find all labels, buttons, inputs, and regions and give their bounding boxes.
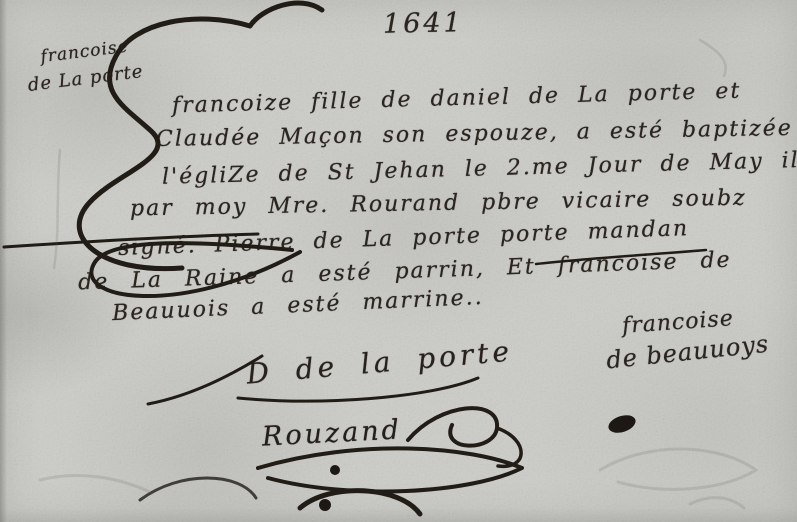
ink-blot bbox=[330, 465, 340, 475]
body-line-1: francoize fille de daniel de La porte et bbox=[172, 79, 742, 119]
bottom-cut-flourish bbox=[300, 491, 420, 514]
ink-blot bbox=[606, 412, 638, 436]
bleedthrough-mark bbox=[690, 498, 744, 508]
margin-note: francoise de La porte bbox=[24, 35, 145, 96]
body-line-3: l'égliZe de St Jehan le 2.me Jour de May… bbox=[162, 147, 797, 189]
bleedthrough-mark bbox=[600, 449, 756, 489]
rouzand-paraph-swirl bbox=[258, 448, 522, 491]
signature-rouzand: Rouzand bbox=[261, 414, 402, 452]
bleedthrough-mark bbox=[54, 150, 60, 268]
bottom-left-curl bbox=[140, 478, 256, 500]
ink-blot bbox=[319, 499, 331, 511]
rouzand-paraph-loop bbox=[497, 428, 521, 466]
body-line-2: Claudée Maçon son espouze, a esté baptiz… bbox=[156, 115, 797, 152]
body-line-4: par moy Mre. Rourand pbre vicaire soubz bbox=[130, 186, 747, 222]
bleedthrough-mark bbox=[700, 40, 726, 76]
manuscript-page: 1641 francoise de La porte francoize fil… bbox=[0, 0, 797, 522]
year-heading: 1641 bbox=[383, 7, 464, 39]
bleedthrough-mark bbox=[40, 476, 150, 492]
rouzand-paraph bbox=[408, 408, 497, 445]
signature-de-la-porte: D de la porte bbox=[245, 334, 514, 390]
